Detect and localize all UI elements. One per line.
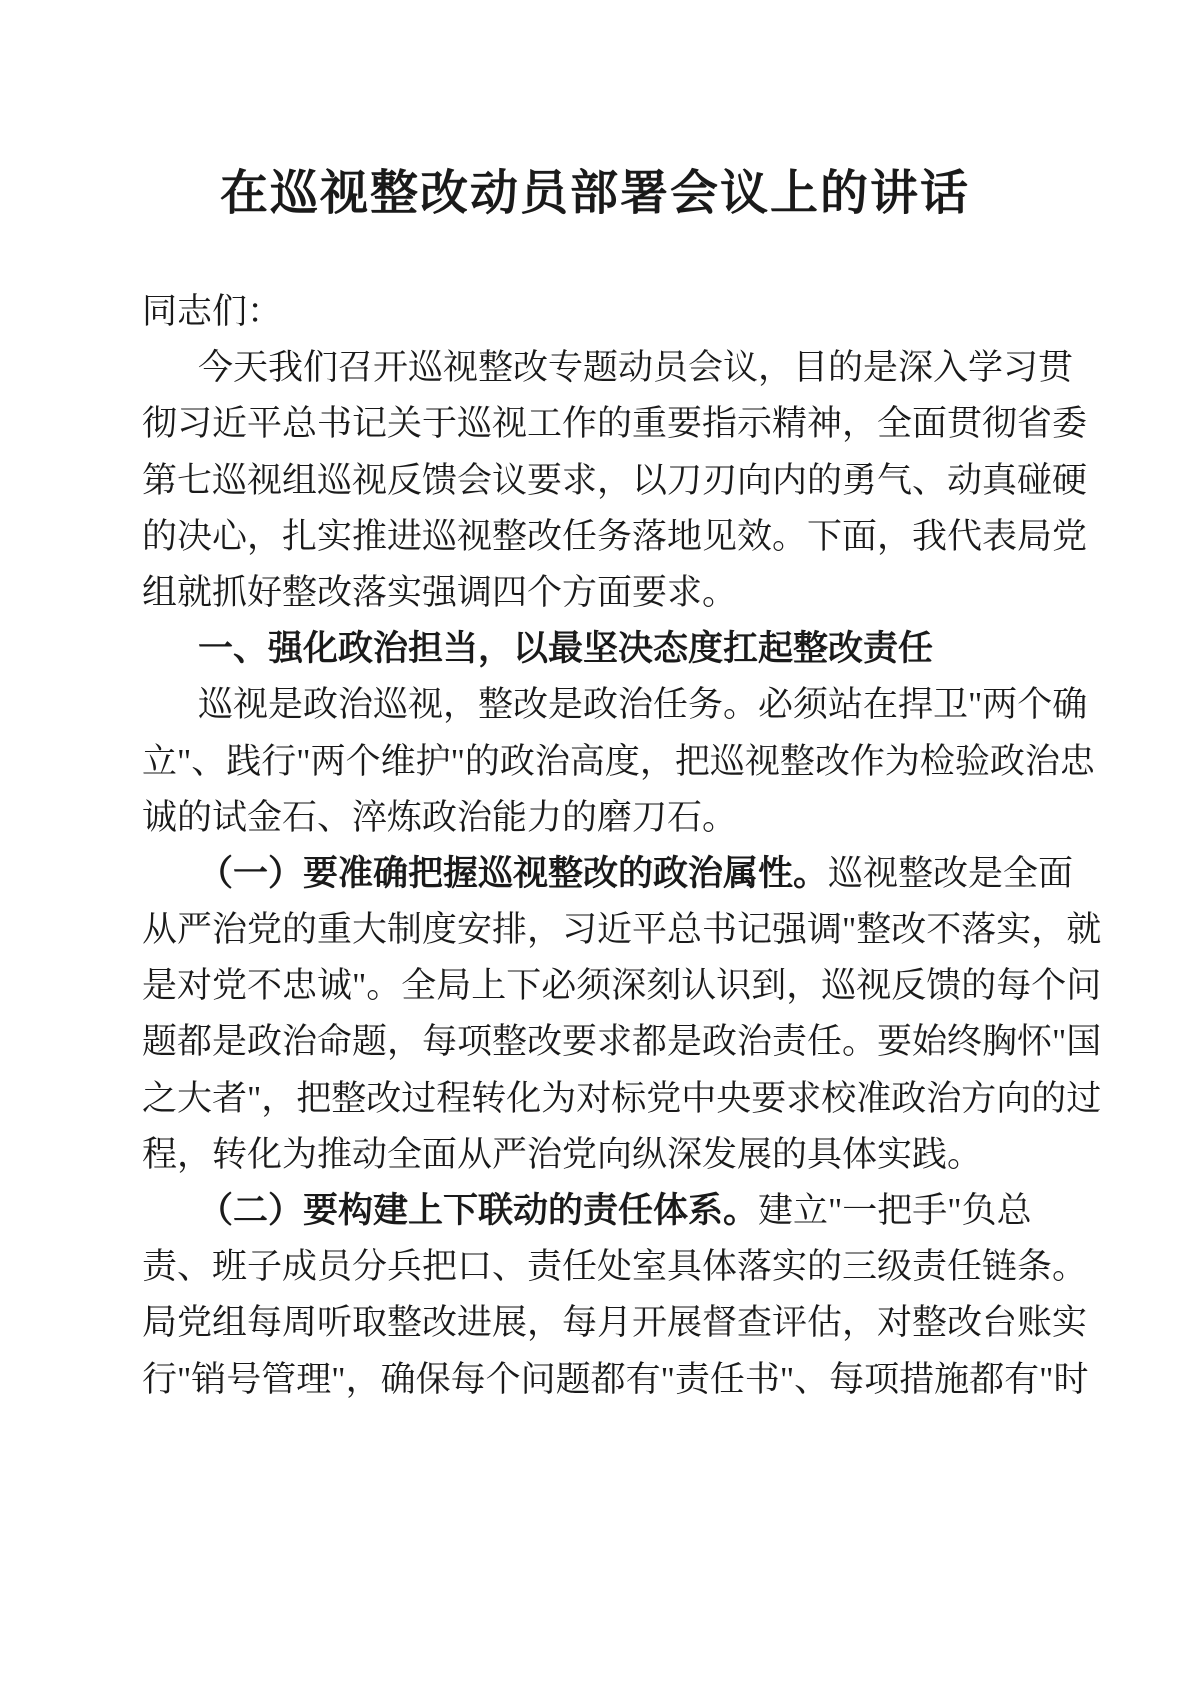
text-line: 今天我们召开巡视整改专题动员会议，目的是深入学习贯 <box>142 340 1062 396</box>
text-run: 从严治党的重大制度安排，习近平总书记强调"整改不落实，就 <box>142 910 1101 949</box>
bold-run: （二）要构建上下联动的责任体系。 <box>198 1191 758 1230</box>
bold-run: （一）要准确把握巡视整改的政治属性。 <box>198 854 828 893</box>
text-run: 同志们： <box>142 292 282 331</box>
text-run: 题都是政治命题，每项整改要求都是政治责任。要始终胸怀"国 <box>142 1022 1101 1061</box>
text-run: 第七巡视组巡视反馈会议要求，以刀刃向内的勇气、动真碰硬 <box>142 461 1087 500</box>
section-one-heading: 一、强化政治担当，以最坚决态度扛起整改责任 <box>142 621 1062 677</box>
text-run: 是对党不忠诚"。全局上下必须深刻认识到，巡视反馈的每个问 <box>142 966 1101 1005</box>
text-run: 局党组每周听取整改进展，每月开展督查评估，对整改台账实 <box>142 1303 1087 1342</box>
text-run: 的决心，扎实推进巡视整改任务落地见效。下面，我代表局党 <box>142 517 1087 556</box>
text-run: 责、班子成员分兵把口、责任处室具体落实的三级责任链条。 <box>142 1247 1087 1286</box>
text-run: 诚的试金石、淬炼政治能力的磨刀石。 <box>142 798 737 837</box>
text-line: 之大者"，把整改过程转化为对标党中央要求校准政治方向的过 <box>142 1071 1062 1127</box>
text-line: 责、班子成员分兵把口、责任处室具体落实的三级责任链条。 <box>142 1239 1062 1295</box>
text-line: 是对党不忠诚"。全局上下必须深刻认识到，巡视反馈的每个问 <box>142 958 1062 1014</box>
salutation-line: 同志们： <box>142 284 1062 340</box>
text-line: 程，转化为推动全面从严治党向纵深发展的具体实践。 <box>142 1127 1062 1183</box>
text-line: 组就抓好整改落实强调四个方面要求。 <box>142 565 1062 621</box>
text-run: 组就抓好整改落实强调四个方面要求。 <box>142 573 737 612</box>
text-line: 第七巡视组巡视反馈会议要求，以刀刃向内的勇气、动真碰硬 <box>142 453 1062 509</box>
text-line: 局党组每周听取整改进展，每月开展督查评估，对整改台账实 <box>142 1295 1062 1351</box>
text-run: 巡视是政治巡视，整改是政治任务。必须站在捍卫"两个确 <box>198 685 1087 724</box>
text-run: 彻习近平总书记关于巡视工作的重要指示精神，全面贯彻省委 <box>142 404 1087 443</box>
document-body: 同志们： 今天我们召开巡视整改专题动员会议，目的是深入学习贯 彻习近平总书记关于… <box>142 284 1062 1408</box>
text-line: 的决心，扎实推进巡视整改任务落地见效。下面，我代表局党 <box>142 509 1062 565</box>
text-line: 巡视是政治巡视，整改是政治任务。必须站在捍卫"两个确 <box>142 677 1062 733</box>
document-title: 在巡视整改动员部署会议上的讲话 <box>0 158 1190 230</box>
text-line: 行"销号管理"，确保每个问题都有"责任书"、每项措施都有"时 <box>142 1352 1062 1408</box>
text-run: 程，转化为推动全面从严治党向纵深发展的具体实践。 <box>142 1135 982 1174</box>
text-line: 从严治党的重大制度安排，习近平总书记强调"整改不落实，就 <box>142 902 1062 958</box>
text-line: （二）要构建上下联动的责任体系。建立"一把手"负总 <box>142 1183 1062 1239</box>
text-run: 今天我们召开巡视整改专题动员会议，目的是深入学习贯 <box>198 348 1073 387</box>
heading-run: 一、强化政治担当，以最坚决态度扛起整改责任 <box>198 629 933 668</box>
document-page: 在巡视整改动员部署会议上的讲话 同志们： 今天我们召开巡视整改专题动员会议，目的… <box>0 0 1190 1683</box>
text-line: （一）要准确把握巡视整改的政治属性。巡视整改是全面 <box>142 846 1062 902</box>
text-run: 巡视整改是全面 <box>828 854 1073 893</box>
text-run: 行"销号管理"，确保每个问题都有"责任书"、每项措施都有"时 <box>142 1360 1088 1399</box>
text-run: 之大者"，把整改过程转化为对标党中央要求校准政治方向的过 <box>142 1079 1101 1118</box>
text-run: 立"、践行"两个维护"的政治高度，把巡视整改作为检验政治忠 <box>142 742 1095 781</box>
text-run: 建立"一把手"负总 <box>758 1191 1032 1230</box>
text-line: 诚的试金石、淬炼政治能力的磨刀石。 <box>142 790 1062 846</box>
text-line: 彻习近平总书记关于巡视工作的重要指示精神，全面贯彻省委 <box>142 396 1062 452</box>
text-line: 题都是政治命题，每项整改要求都是政治责任。要始终胸怀"国 <box>142 1014 1062 1070</box>
text-line: 立"、践行"两个维护"的政治高度，把巡视整改作为检验政治忠 <box>142 734 1062 790</box>
